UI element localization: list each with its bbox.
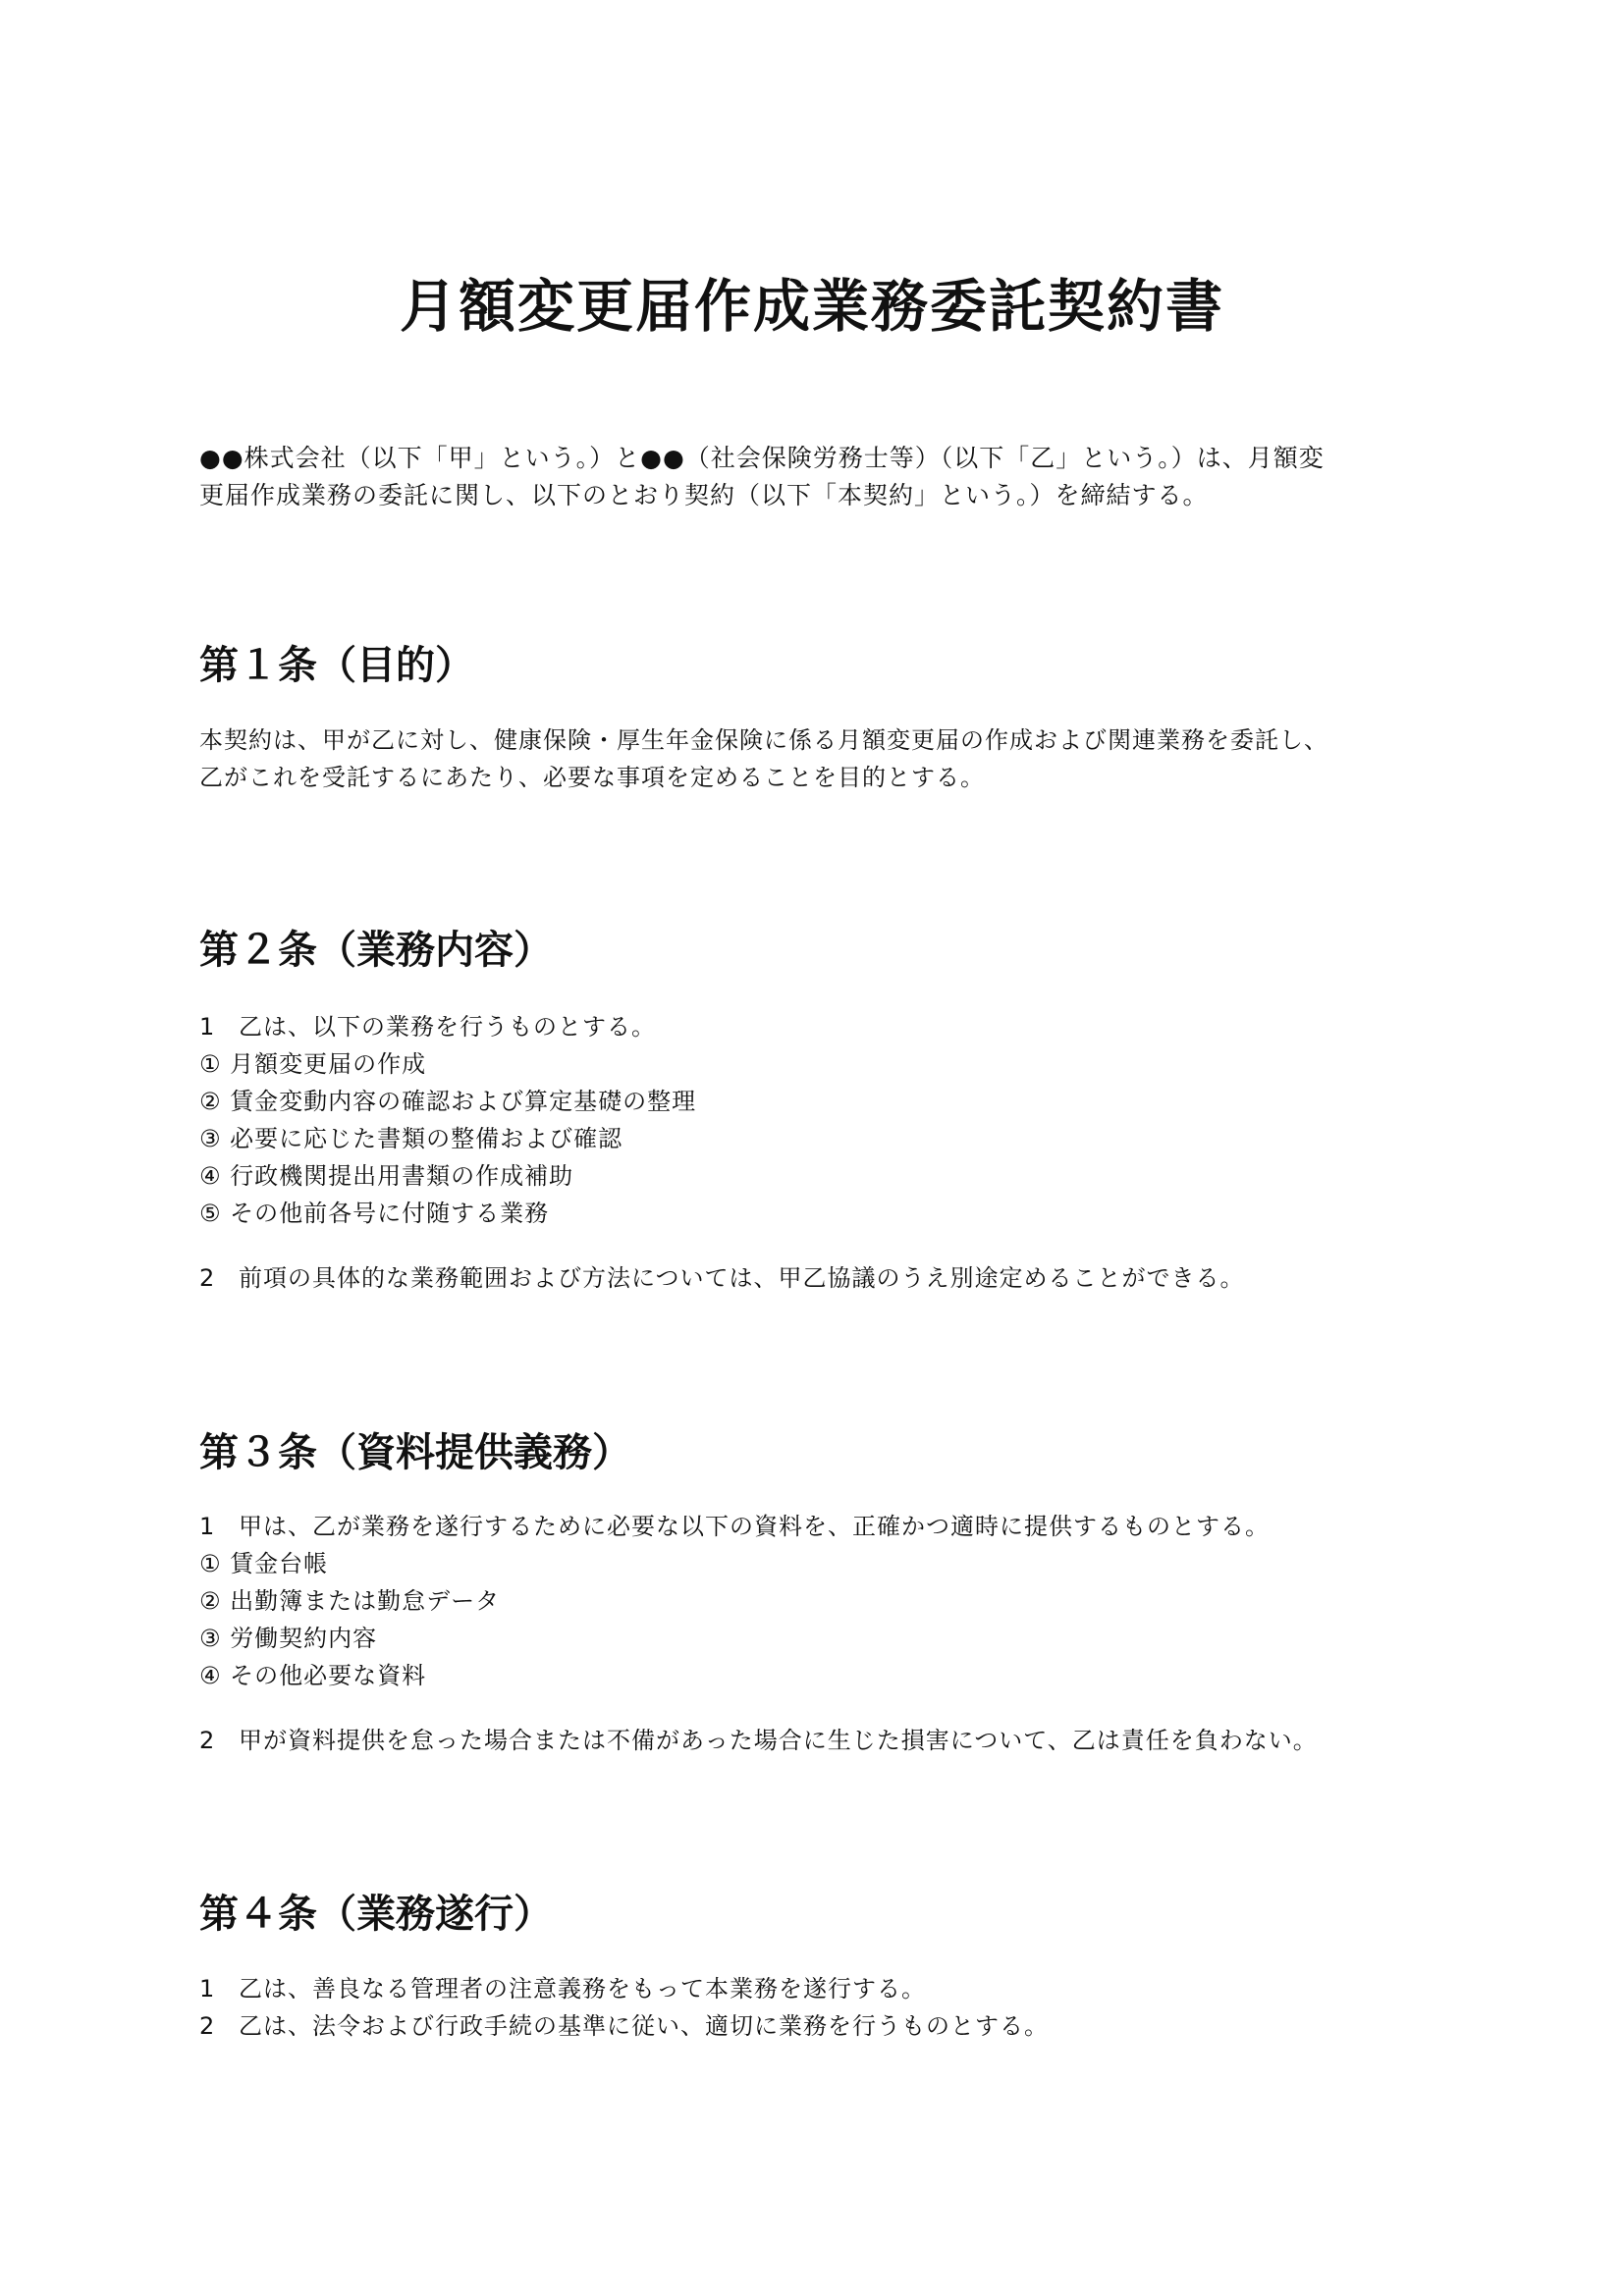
clause-text: 甲が資料提供を怠った場合または不備があった場合に生じた損害について、乙は責任を負… <box>239 1727 1318 1754</box>
intro-paragraph: ●●株式会社（以下「甲」という。）と●●（社会保険労務士等）（以下「乙」という。… <box>199 440 1456 514</box>
list-item: ① 賃金台帳 <box>199 1545 1476 1582</box>
clause-number: 2 <box>199 1722 239 1759</box>
body-line: 乙がこれを受託するにあたり、必要な事項を定めることを目的とする。 <box>199 759 1476 796</box>
article-2-heading: 第２条（業務内容） <box>199 923 553 978</box>
article-4-body: 1乙は、善良なる管理者の注意義務をもって本業務を遂行する。 2乙は、法令および行… <box>199 1970 1476 2045</box>
list-item: ② 賃金変動内容の確認および算定基礎の整理 <box>199 1083 1476 1120</box>
clause-number: 2 <box>199 1259 239 1297</box>
article-1-body: 本契約は、甲が乙に対し、健康保険・厚生年金保険に係る月額変更届の作成および関連業… <box>199 721 1476 796</box>
clause-number: 1 <box>199 1970 239 2007</box>
intro-line: ●●株式会社（以下「甲」という。）と●●（社会保険労務士等）（以下「乙」という。… <box>199 440 1456 477</box>
clause-text: 前項の具体的な業務範囲および方法については、甲乙協議のうえ別途定めることができる… <box>239 1264 1245 1292</box>
list-item: ③ 必要に応じた書類の整備および確認 <box>199 1120 1476 1157</box>
article-1-heading: 第１条（目的） <box>199 638 474 693</box>
clause-text: 乙は、善良なる管理者の注意義務をもって本業務を遂行する。 <box>239 1975 926 2002</box>
article-2-body: 1乙は、以下の業務を行うものとする。 ① 月額変更届の作成 ② 賃金変動内容の確… <box>199 1008 1476 1297</box>
clause-number: 1 <box>199 1508 239 1545</box>
article-3-body: 1甲は、乙が業務を遂行するために必要な以下の資料を、正確かつ適時に提供するものと… <box>199 1508 1476 1759</box>
list-item: ③ 労働契約内容 <box>199 1620 1476 1657</box>
article-4-heading: 第４条（業務遂行） <box>199 1887 553 1942</box>
clause-text: 甲は、乙が業務を遂行するために必要な以下の資料を、正確かつ適時に提供するものとす… <box>239 1513 1270 1540</box>
clause-text: 乙は、以下の業務を行うものとする。 <box>239 1013 656 1041</box>
list-item: ⑤ その他前各号に付随する業務 <box>199 1195 1476 1232</box>
contract-page: 月額変更届作成業務委託契約書 ●●株式会社（以下「甲」という。）と●●（社会保険… <box>0 0 1624 2296</box>
clause-2: 2乙は、法令および行政手続の基準に従い、適切に業務を行うものとする。 <box>199 2007 1476 2045</box>
clause-2: 2甲が資料提供を怠った場合または不備があった場合に生じた損害について、乙は責任を… <box>199 1722 1476 1759</box>
article-3-heading: 第３条（資料提供義務） <box>199 1425 631 1480</box>
list-item: ④ 行政機関提出用書類の作成補助 <box>199 1157 1476 1195</box>
list-item: ① 月額変更届の作成 <box>199 1045 1476 1083</box>
body-line: 本契約は、甲が乙に対し、健康保険・厚生年金保険に係る月額変更届の作成および関連業… <box>199 721 1476 759</box>
clause-1: 1甲は、乙が業務を遂行するために必要な以下の資料を、正確かつ適時に提供するものと… <box>199 1508 1476 1545</box>
clause-text: 乙は、法令および行政手続の基準に従い、適切に業務を行うものとする。 <box>239 2012 1049 2040</box>
clause-1: 1乙は、以下の業務を行うものとする。 <box>199 1008 1476 1045</box>
clause-number: 1 <box>199 1008 239 1045</box>
list-item: ④ その他必要な資料 <box>199 1657 1476 1694</box>
intro-line: 更届作成業務の委託に関し、以下のとおり契約（以下「本契約」という。）を締結する。 <box>199 477 1456 514</box>
clause-number: 2 <box>199 2007 239 2045</box>
document-title: 月額変更届作成業務委託契約書 <box>0 267 1624 346</box>
clause-2: 2前項の具体的な業務範囲および方法については、甲乙協議のうえ別途定めることができ… <box>199 1259 1476 1297</box>
list-item: ② 出勤簿または勤怠データ <box>199 1582 1476 1620</box>
clause-1: 1乙は、善良なる管理者の注意義務をもって本業務を遂行する。 <box>199 1970 1476 2007</box>
